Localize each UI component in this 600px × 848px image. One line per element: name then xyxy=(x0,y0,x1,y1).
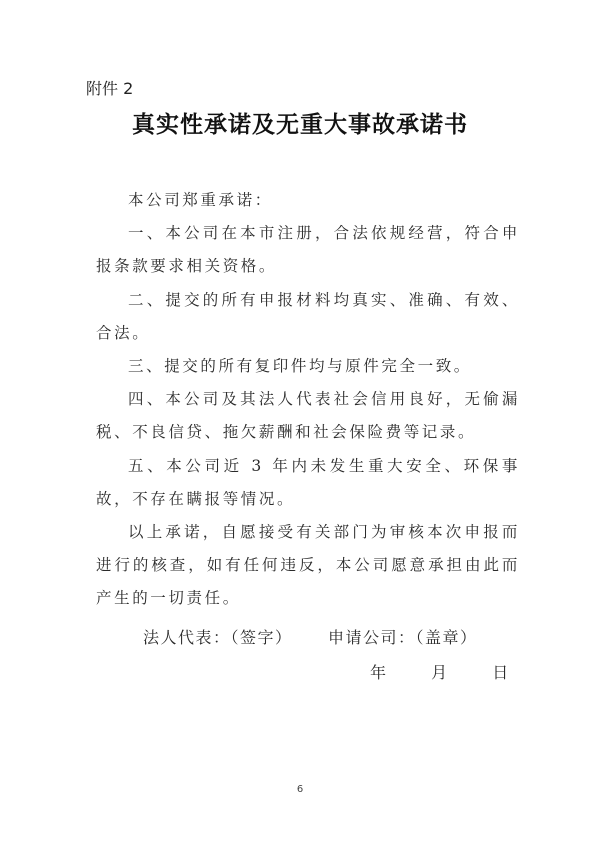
paragraph-closing: 以上承诺，自愿接受有关部门为审核本次申报而进行的核查，如有任何违反，本公司愿意承… xyxy=(96,516,520,616)
paragraph-5: 五、本公司近 3 年内未发生重大安全、环保事故，不存在瞒报等情况。 xyxy=(96,450,520,516)
date-day: 日 xyxy=(492,663,508,682)
document-title: 真实性承诺及无重大事故承诺书 xyxy=(0,106,600,139)
date-year: 年 xyxy=(370,663,386,682)
attachment-label: 附件 2 xyxy=(86,76,133,99)
paragraph-3: 三、提交的所有复印件均与原件完全一致。 xyxy=(96,350,520,383)
date-month: 月 xyxy=(431,663,447,682)
paragraph-2: 二、提交的所有申报材料均真实、准确、有效、合法。 xyxy=(96,284,520,350)
document-body: 本公司郑重承诺： 一、本公司在本市注册，合法依规经营，符合申报条款要求相关资格。… xyxy=(96,184,520,616)
page-number: 6 xyxy=(0,784,600,795)
salutation: 本公司郑重承诺： xyxy=(96,184,520,217)
paragraph-1: 一、本公司在本市注册，合法依规经营，符合申报条款要求相关资格。 xyxy=(96,217,520,283)
company-seal: 申请公司：（盖章） xyxy=(328,625,478,648)
date-line: 年 月 日 xyxy=(370,660,530,683)
paragraph-4: 四、本公司及其法人代表社会信用良好，无偷漏税、不良信贷、拖欠薪酬和社会保险费等记… xyxy=(96,383,520,449)
legal-rep-signature: 法人代表：（签字） xyxy=(143,625,293,648)
